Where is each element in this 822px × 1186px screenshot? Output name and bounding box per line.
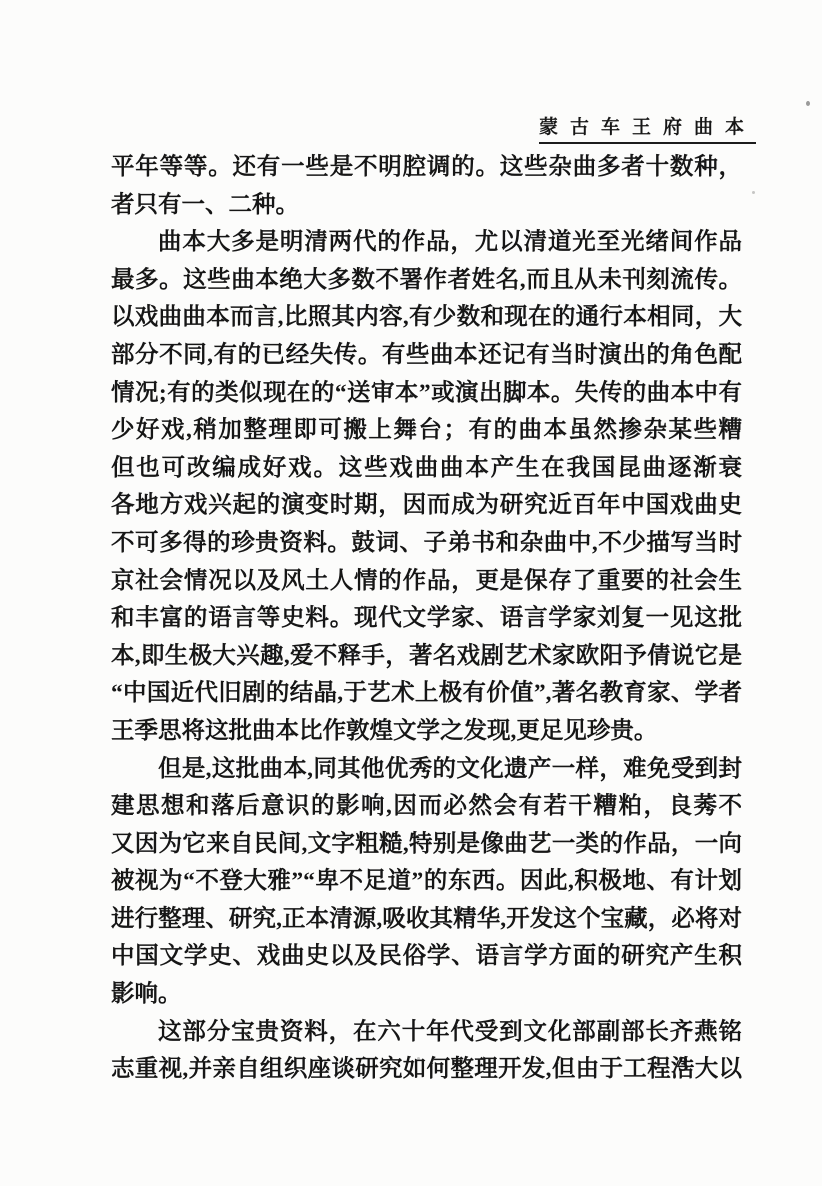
text-line: 但也可改编成好戏。这些戏曲曲本产生在我国昆曲逐渐衰落， <box>111 450 742 488</box>
text-line: 部分不同,有的已经失传。有些曲本还记有当时演出的角色配置 <box>111 337 742 375</box>
text-line: 但是,这批曲本,同其他优秀的文化遗产一样，难免受到封 <box>111 751 742 789</box>
running-head: 蒙古车王府曲本 <box>539 112 756 144</box>
text-line: 少好戏,稍加整理即可搬上舞台；有的曲本虽然掺杂某些糟粕， <box>111 412 742 450</box>
text-line: 曲本大多是明清两代的作品，尤以清道光至光绪间作品为 <box>111 224 742 262</box>
text-line: 不可多得的珍贵资料。鼓词、子弟书和杂曲中,不少描写当时北 <box>111 525 742 563</box>
scan-speck <box>806 101 810 106</box>
text-line: 平年等等。还有一些是不明腔调的。这些杂曲多者十数种，少 <box>111 149 742 187</box>
text-line: 中国文学史、戏曲史以及民俗学、语言学方面的研究产生积极的 <box>111 938 742 976</box>
text-line: 影响。 <box>111 976 742 1014</box>
text-line: 被视为“不登大雅”“卑不足道”的东西。因此,积极地、有计划地 <box>111 863 742 901</box>
body-text: 平年等等。还有一些是不明腔调的。这些杂曲多者十数种，少者只有一、二种。曲本大多是… <box>111 149 742 1089</box>
text-line: 情况;有的类似现在的“送审本”或演出脚本。失传的曲本中有不 <box>111 375 742 413</box>
text-line: 者只有一、二种。 <box>111 187 742 225</box>
text-line: 和丰富的语言等史料。现代文学家、语言学家刘复一见这批曲 <box>111 600 742 638</box>
text-line: “中国近代旧剧的结晶,于艺术上极有价值”,著名教育家、学者 <box>111 675 742 713</box>
text-line: 各地方戏兴起的演变时期，因而成为研究近百年中国戏曲史所 <box>111 487 742 525</box>
text-line: 志重视,并亲自组织座谈研究如何整理开发,但由于工程浩大以 <box>111 1051 742 1089</box>
text-line: 建思想和落后意识的影响,因而必然会有若干糟粕，良莠不齐。 <box>111 788 742 826</box>
text-line: 以戏曲曲本而言,比照其内容,有少数和现在的通行本相同，大 <box>111 299 742 337</box>
text-line: 进行整理、研究,正本清源,吸收其精华,开发这个宝藏，必将对 <box>111 901 742 939</box>
text-line: 本,即生极大兴趣,爱不释手，著名戏剧艺术家欧阳予倩说它是 <box>111 638 742 676</box>
text-line: 王季思将这批曲本比作敦煌文学之发现,更足见珍贵。 <box>111 713 742 751</box>
book-page: 蒙古车王府曲本 平年等等。还有一些是不明腔调的。这些杂曲多者十数种，少者只有一、… <box>0 0 822 1186</box>
page-number: 3 <box>678 1052 689 1077</box>
text-line: 这部分宝贵资料，在六十年代受到文化部副部长齐燕铭同 <box>111 1014 742 1052</box>
scan-speck <box>417 1057 420 1060</box>
text-line: 最多。这些曲本绝大多数不署作者姓名,而且从未刊刻流传。仅 <box>111 262 742 300</box>
text-line: 又因为它来自民间,文字粗糙,特别是像曲艺一类的作品，一向 <box>111 826 742 864</box>
scan-speck <box>752 191 755 194</box>
text-line: 京社会情况以及风土人情的作品，更是保存了重要的社会生活 <box>111 563 742 601</box>
